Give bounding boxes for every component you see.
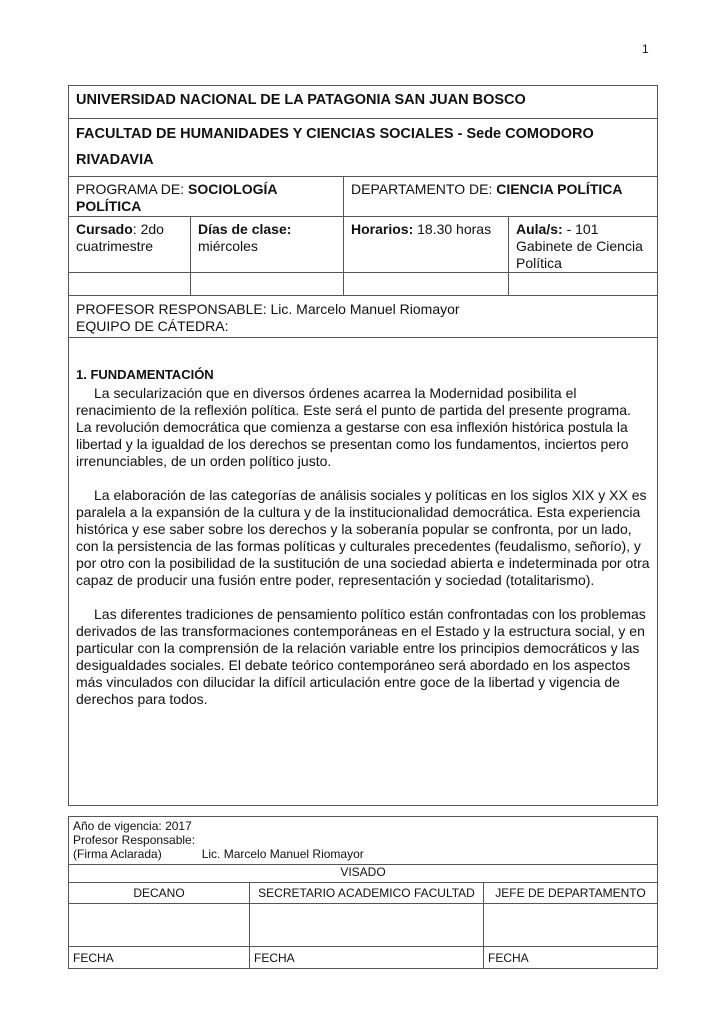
cursado-label: Cursado [76,221,133,237]
dias-value: miércoles [198,238,258,254]
horarios-label: Horarios: [351,221,413,237]
equipo-catedra: EQUIPO DE CÁTEDRA: [76,318,650,335]
dias-cell: Días de clase: miércoles [191,217,344,273]
department-label: DEPARTAMENTO DE: [351,181,496,197]
paragraph: La elaboración de las categorías de anál… [76,487,650,589]
vigencia-cell: Año de vigencia: 2017 Profesor Responsab… [69,817,658,865]
horarios-cell: Horarios: 18.30 horas [344,217,509,273]
department-cell: DEPARTAMENTO DE: CIENCIA POLÍTICA [344,177,658,217]
aula-label: Aula/s: [516,221,563,237]
profesor-label: Profesor Responsable: [73,833,653,847]
decano-header: DECANO [69,883,250,904]
paragraph: Las diferentes tradiciones de pensamient… [76,606,650,708]
aula-cell: Aula/s: - 101 Gabinete de Ciencia Políti… [509,217,658,273]
section-title: 1. FUNDAMENTACIÓN [76,366,650,383]
fundamentacion-section: 1. FUNDAMENTACIÓN La secularización que … [69,338,658,806]
page-number: 1 [642,42,649,56]
firma-label: (Firma Aclarada) [73,847,162,861]
empty-cell [344,273,509,296]
profesor-responsable: PROFESOR RESPONSABLE: Lic. Marcelo Manue… [76,301,650,318]
decano-fecha: FECHA [69,947,250,969]
secretario-header: SECRETARIO ACADEMICO FACULTAD [250,883,484,904]
jefe-fecha: FECHA [484,947,658,969]
approval-table: Año de vigencia: 2017 Profesor Responsab… [68,816,658,969]
paragraph: La secularización que en diversos órdene… [76,385,650,470]
decano-signature-field[interactable] [69,904,250,947]
staff-cell: PROFESOR RESPONSABLE: Lic. Marcelo Manue… [69,296,658,338]
empty-cell [509,273,658,296]
secretario-signature-field[interactable] [250,904,484,947]
university-name: UNIVERSIDAD NACIONAL DE LA PATAGONIA SAN… [69,86,658,119]
program-label: PROGRAMA DE: [76,181,188,197]
vigencia-year: Año de vigencia: 2017 [73,819,653,833]
department-value: CIENCIA POLÍTICA [496,181,622,197]
cursado-cell: Cursado: 2do cuatrimestre [69,217,191,273]
jefe-header: JEFE DE DEPARTAMENTO [484,883,658,904]
secretario-fecha: FECHA [250,947,484,969]
dias-label: Días de clase: [198,221,291,237]
program-cell: PROGRAMA DE: SOCIOLOGÍA POLÍTICA [69,177,344,217]
firma-name: Lic. Marcelo Manuel Riomayor [202,847,364,861]
jefe-signature-field[interactable] [484,904,658,947]
program-header-table: UNIVERSIDAD NACIONAL DE LA PATAGONIA SAN… [68,85,658,806]
empty-cell [191,273,344,296]
faculty-name: FACULTAD DE HUMANIDADES Y CIENCIAS SOCIA… [69,119,658,177]
horarios-value: 18.30 horas [413,221,491,237]
visado-heading: VISADO [69,865,658,883]
empty-cell [69,273,191,296]
